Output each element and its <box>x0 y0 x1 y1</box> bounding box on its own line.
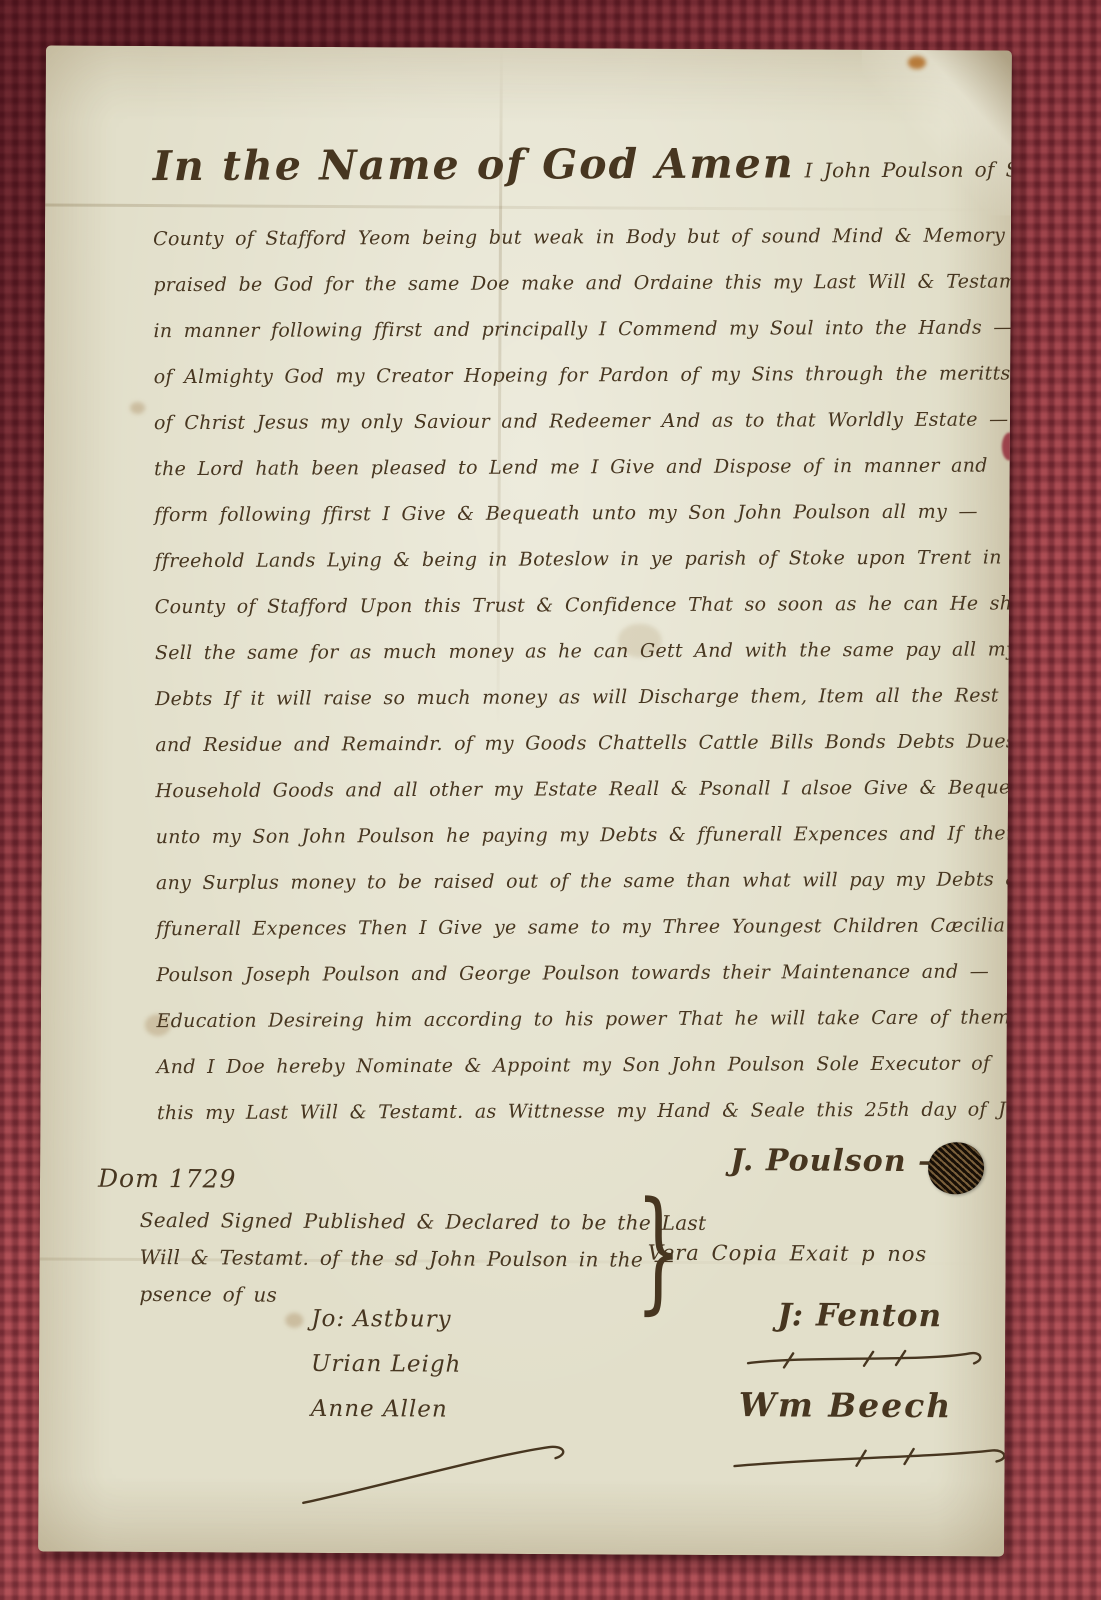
body-line: ffreehold Lands Lying & being in Boteslo… <box>154 534 1010 584</box>
witness-signature: Jo: Astbury <box>311 1297 462 1343</box>
certifier-signature-fenton: J: Fenton <box>777 1297 942 1334</box>
opening-phrase: In the Name of God Amen <box>153 139 795 190</box>
body-line: in manner following ffirst and principal… <box>153 304 1009 354</box>
body-line: County of Stafford Upon this Trust & Con… <box>155 580 1011 630</box>
document-paper: In the Name of God AmenI John Poulson of… <box>38 45 1012 1556</box>
body-line: Poulson Joseph Poulson and George Poulso… <box>156 948 1012 998</box>
body-line: fform following ffirst I Give & Bequeath… <box>154 488 1010 538</box>
witness-signature: Anne Allen <box>311 1387 462 1433</box>
anno-dom-date: Dom 1729 <box>98 1164 237 1194</box>
stain-spot <box>908 56 926 69</box>
body-line: of Christ Jesus my only Saviour and Rede… <box>154 396 1010 446</box>
signature-flourish-beech <box>728 1441 1011 1475</box>
stain-spot <box>285 1313 303 1328</box>
body-line: and Residue and Remaindr. of my Goods Ch… <box>155 718 1011 768</box>
flourish-swash <box>293 1435 593 1515</box>
opening-line: In the Name of God AmenI John Poulson of… <box>153 138 1009 216</box>
body-line: And I Doe hereby Nominate & Appoint my S… <box>157 1040 1012 1090</box>
attestation-line: Sealed Signed Published & Declared to be… <box>140 1202 707 1242</box>
certifier-signature-beech: Wm Beech <box>739 1385 953 1425</box>
witness-signatures: Jo: Astbury Urian Leigh Anne Allen <box>311 1297 462 1433</box>
witness-signature: Urian Leigh <box>311 1342 462 1388</box>
body-line: Education Desireing him according to his… <box>156 994 1012 1044</box>
body-line: Debts If it will raise so much money as … <box>155 672 1011 722</box>
body-line: praised be God for the same Doe make and… <box>153 258 1009 308</box>
body-line: County of Stafford Yeom being but weak i… <box>153 212 1009 262</box>
body-line: Sell the same for as much money as he ca… <box>155 626 1011 676</box>
stain-spot <box>130 402 145 414</box>
body-line: this my Last Will & Testamt. as Wittness… <box>157 1086 1012 1136</box>
body-line: the Lord hath been pleased to Lend me I … <box>154 442 1010 492</box>
signature-flourish-fenton <box>744 1345 999 1374</box>
body-line: unto my Son John Poulson he paying my De… <box>156 810 1012 860</box>
opening-line-rest: I John Poulson of Stoke upon Trent in th… <box>805 156 1012 182</box>
body-line: Household Goods and all other my Estate … <box>155 764 1011 814</box>
body-line: any Surplus money to be raised out of th… <box>156 856 1012 906</box>
attestation-line: Will & Testamt. of the sd John Poulson i… <box>140 1239 707 1279</box>
true-copy-certification: Vera Copia Exait p nos <box>648 1241 928 1266</box>
body-line: ffunerall Expences Then I Give ye same t… <box>156 902 1012 952</box>
testator-signature: J. Poulson — <box>730 1143 949 1179</box>
will-body-text: In the Name of God AmenI John Poulson of… <box>153 138 1012 1136</box>
photo-background-fabric: In the Name of God AmenI John Poulson of… <box>0 0 1101 1600</box>
body-line: of Almighty God my Creator Hopeing for P… <box>154 350 1010 400</box>
